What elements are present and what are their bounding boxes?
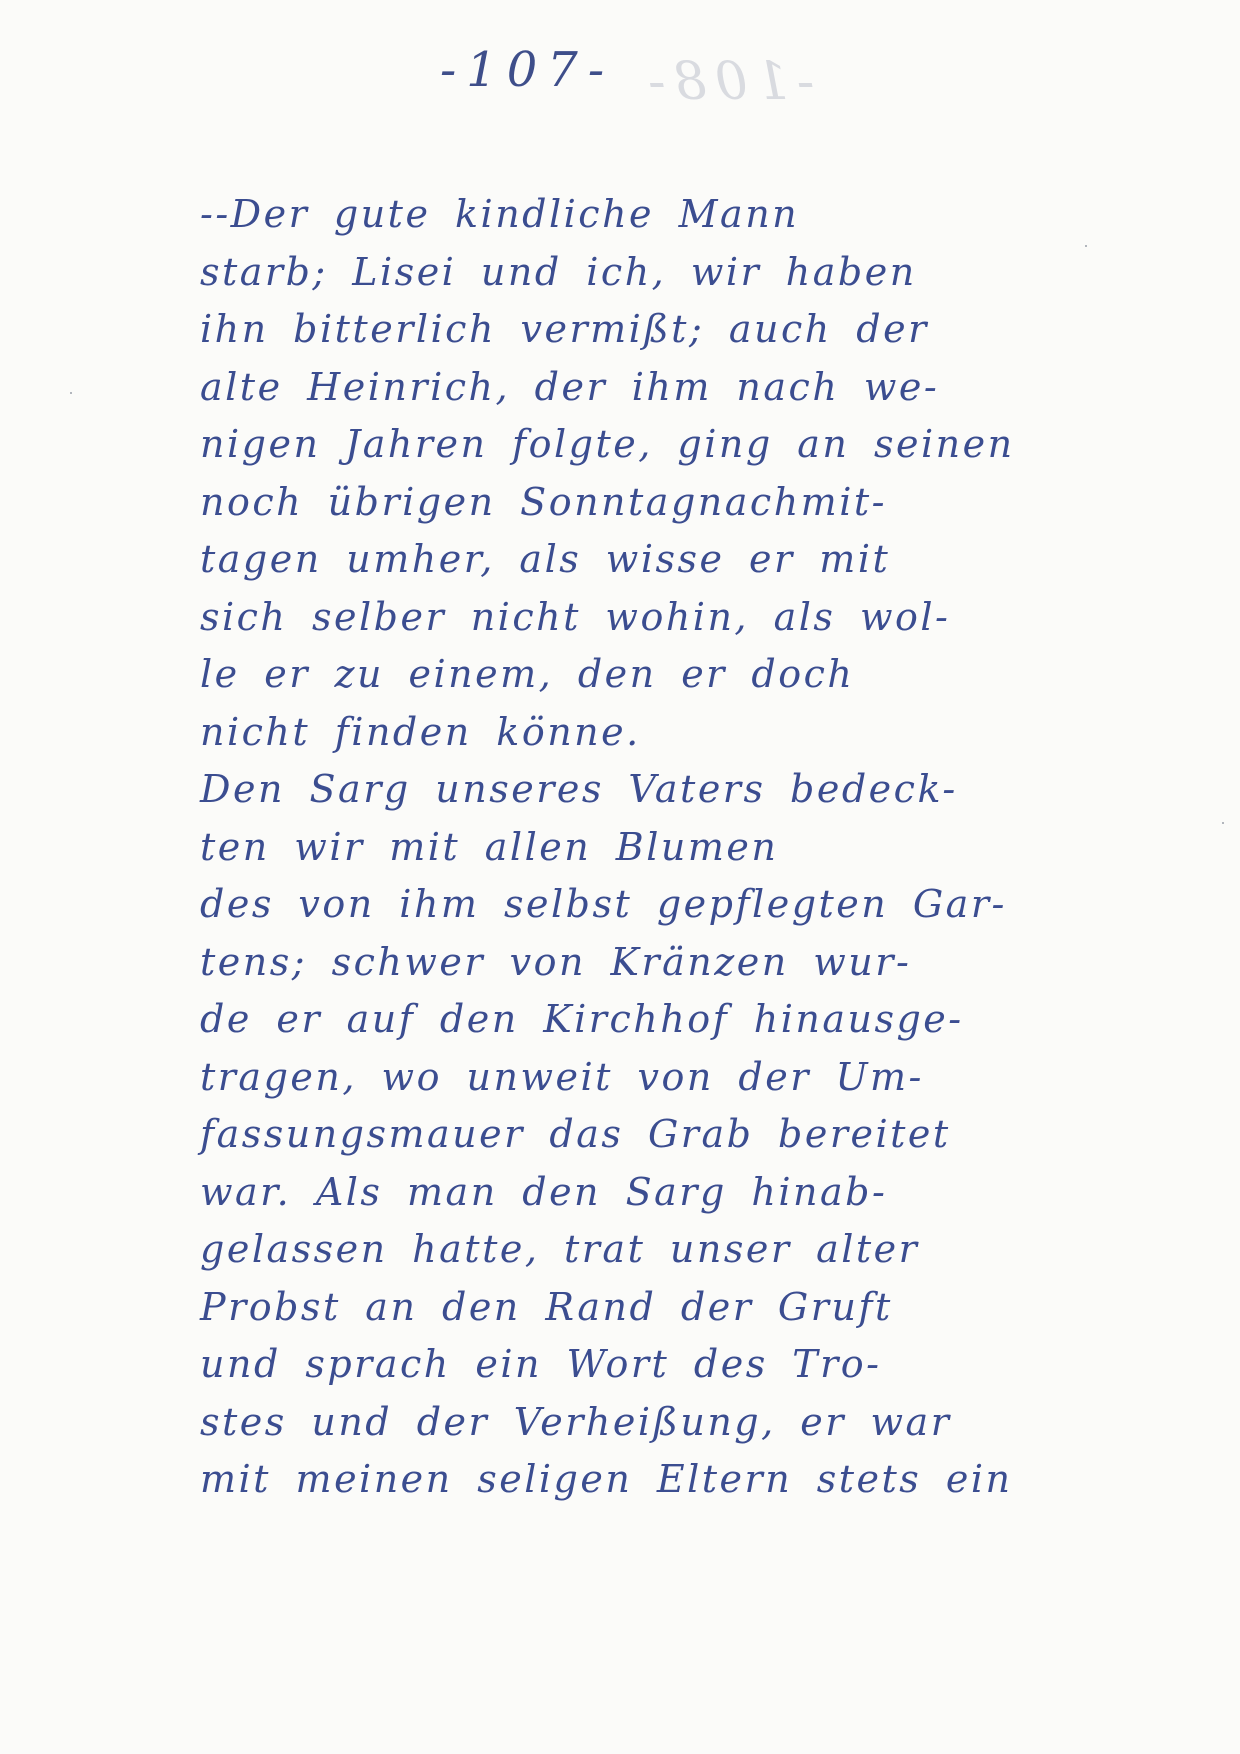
paper-speck [1085, 245, 1087, 247]
text-line: sich selber nicht wohin, als wol- [200, 589, 1100, 647]
text-line: Probst an den Rand der Gruft [200, 1279, 1100, 1337]
text-line: Den Sarg unseres Vaters bedeck- [200, 761, 1100, 819]
text-line: und sprach ein Wort des Tro- [200, 1336, 1100, 1394]
text-line: tens; schwer von Kränzen wur- [200, 934, 1100, 992]
text-line: alte Heinrich, der ihm nach we- [200, 359, 1100, 417]
text-line: tagen umher, als wisse er mit [200, 531, 1100, 589]
manuscript-page: -108- -107- --Der gute kindliche Mann st… [0, 0, 1240, 1754]
handwritten-text-block: --Der gute kindliche Mann starb; Lisei u… [200, 186, 1100, 1509]
text-line: tragen, wo unweit von der Um- [200, 1049, 1100, 1107]
text-line: stes und der Verheißung, er war [200, 1394, 1100, 1452]
text-line: --Der gute kindliche Mann [200, 186, 1100, 244]
text-line: ten wir mit allen Blumen [200, 819, 1100, 877]
text-line: noch übrigen Sonntagnachmit- [200, 474, 1100, 532]
text-line: war. Als man den Sarg hinab- [200, 1164, 1100, 1222]
text-line: ihn bitterlich vermißt; auch der [200, 301, 1100, 359]
text-line: gelassen hatte, trat unser alter [200, 1221, 1100, 1279]
text-line: fassungsmauer das Grab bereitet [200, 1106, 1100, 1164]
text-line: de er auf den Kirchhof hinausge- [200, 991, 1100, 1049]
paper-speck [70, 392, 72, 394]
text-line: nigen Jahren folgte, ging an seinen [200, 416, 1100, 474]
page-number: -107- [440, 42, 614, 98]
text-line: le er zu einem, den er doch [200, 646, 1100, 704]
text-line: nicht finden könne. [200, 704, 1100, 762]
paper-speck [1222, 822, 1224, 824]
text-line: mit meinen seligen Eltern stets ein [200, 1451, 1100, 1509]
bleed-through-page-number: -108- [640, 52, 814, 112]
text-line: des von ihm selbst gepflegten Gar- [200, 876, 1100, 934]
text-line: starb; Lisei und ich, wir haben [200, 244, 1100, 302]
